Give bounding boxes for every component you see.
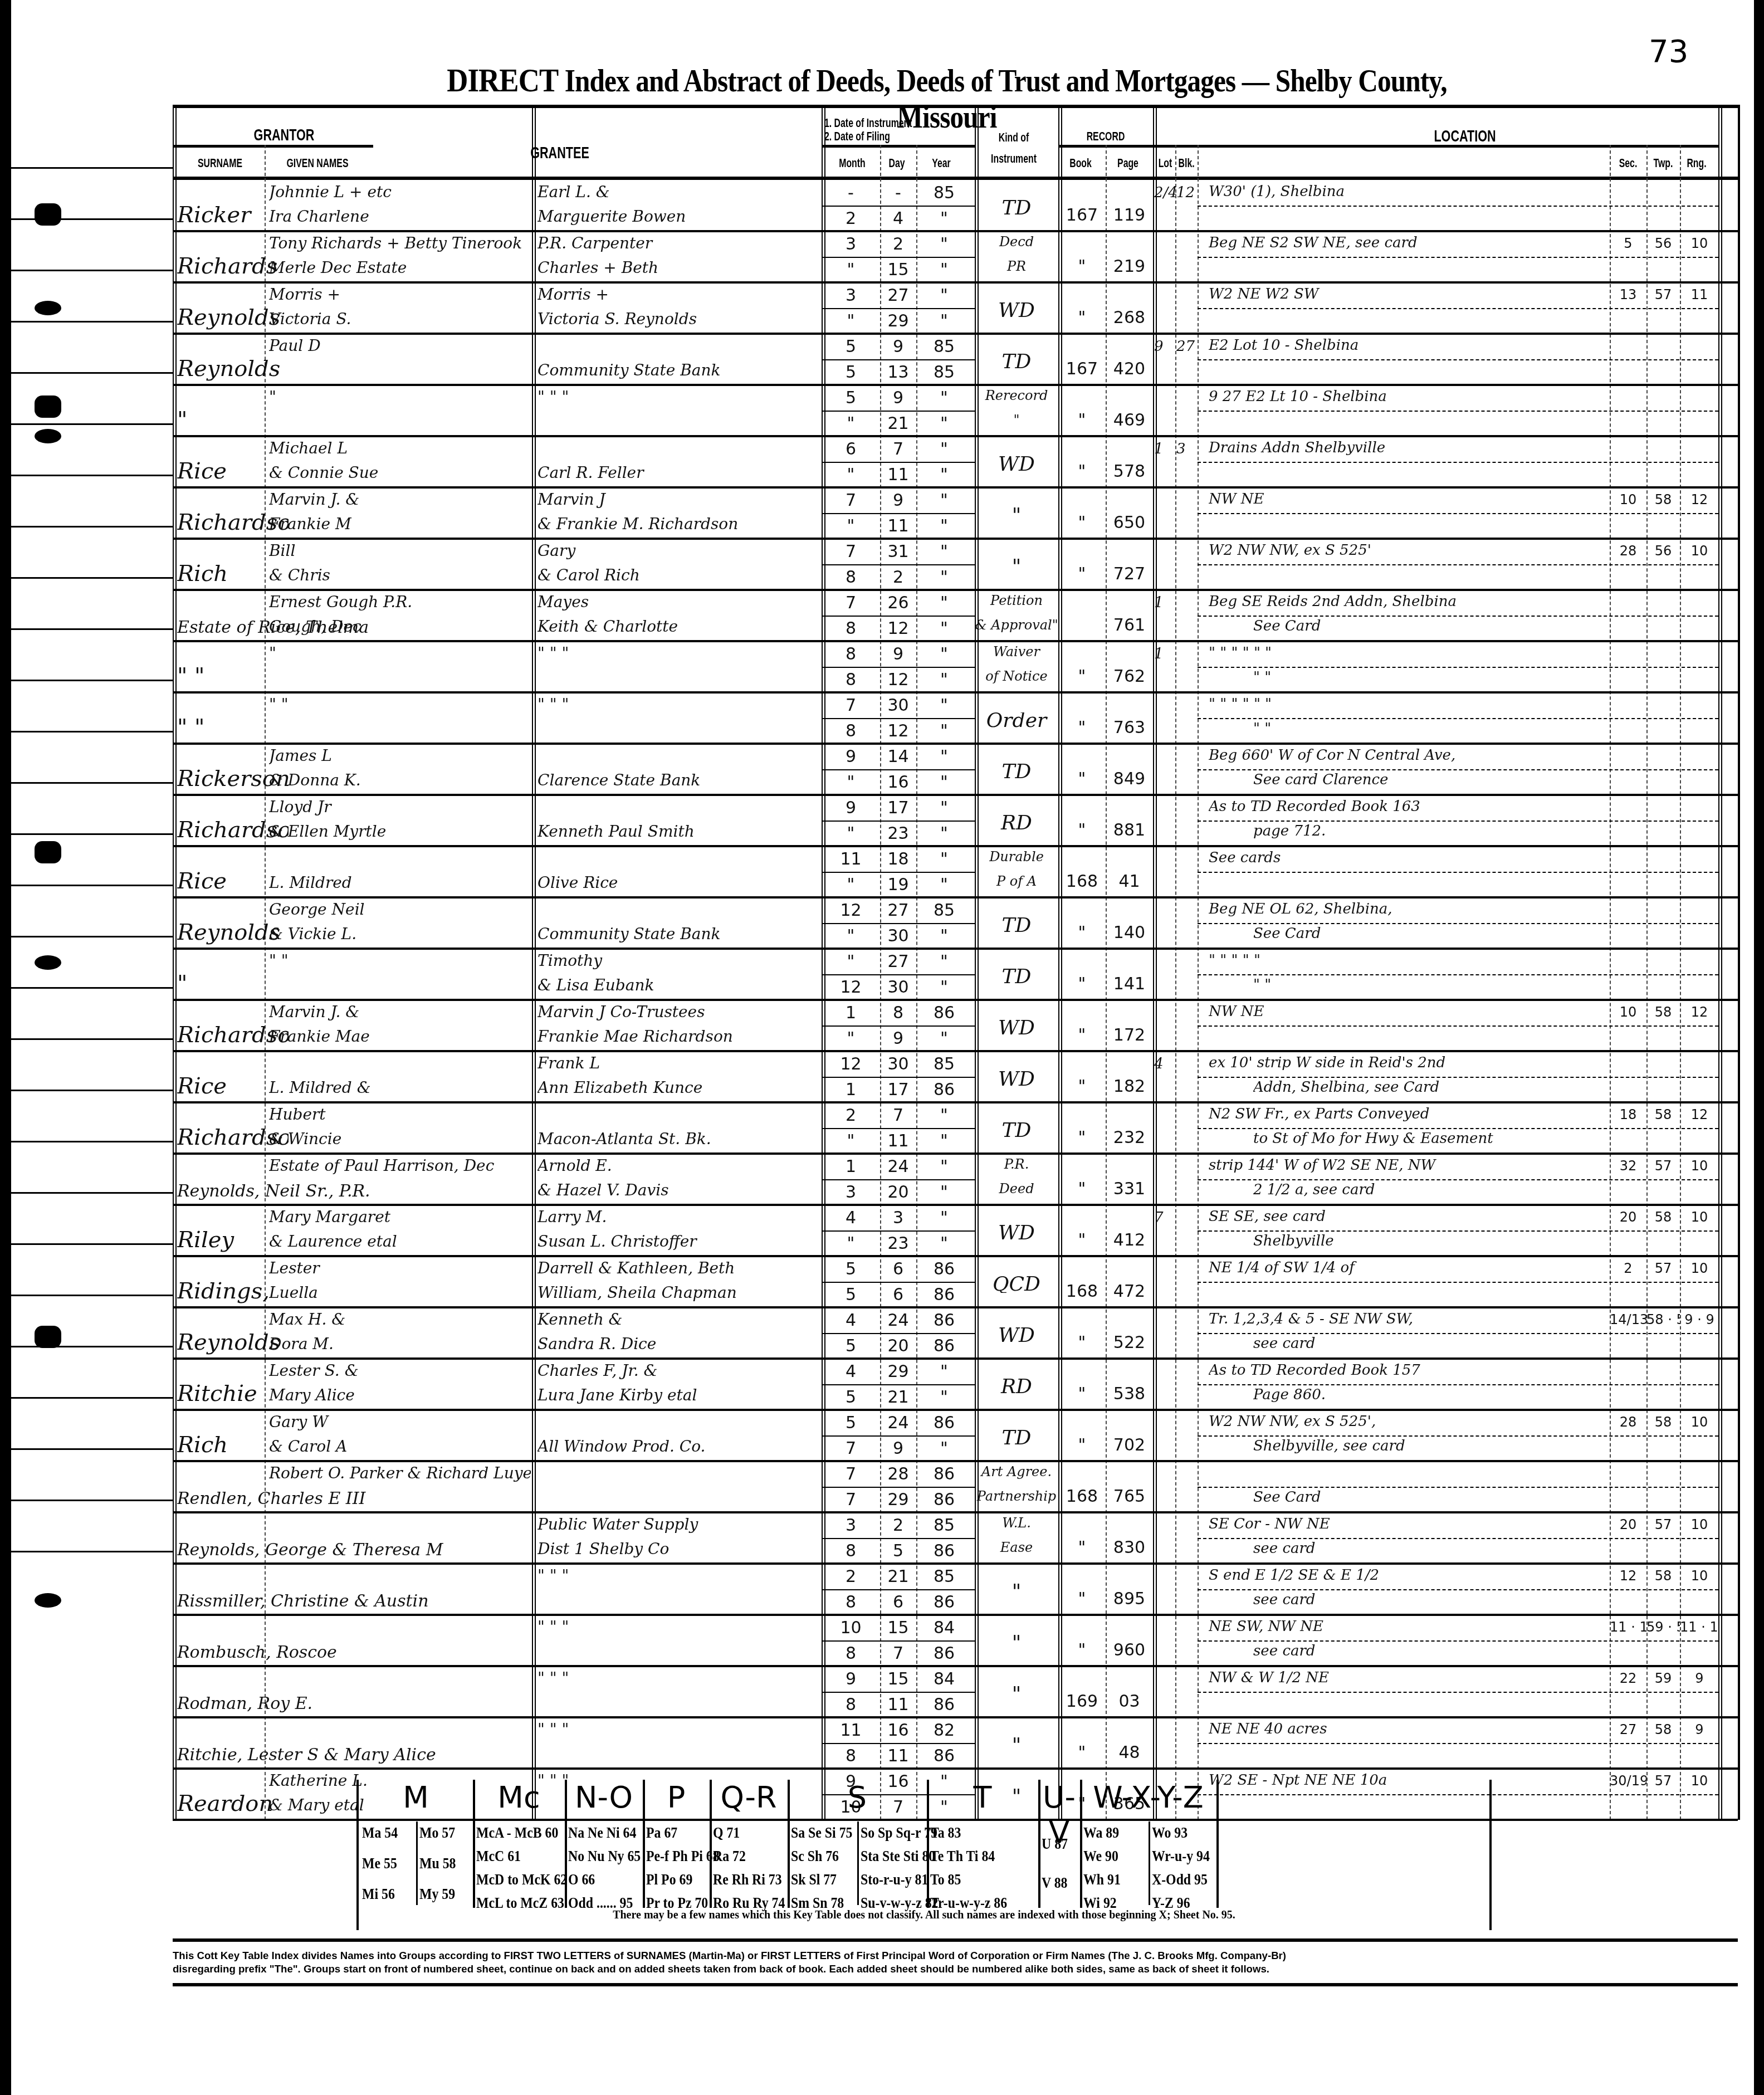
table-row: Rendlen, Charles E IIIRobert O. Parker &… xyxy=(173,1461,1738,1512)
margin-line xyxy=(11,1038,173,1040)
instrument-year: " xyxy=(916,849,972,869)
instrument-day: 31 xyxy=(880,542,916,561)
record-book: " xyxy=(1058,308,1106,328)
record-book: " xyxy=(1058,513,1106,533)
record-page: 522 xyxy=(1106,1333,1153,1352)
record-page: 763 xyxy=(1106,718,1153,738)
grantee-line2: & Frankie M. Richardson xyxy=(537,515,816,533)
grantor-surname: Ritchie, Lester S & Mary Alice xyxy=(177,1745,534,1765)
table-row: """ " "59""21"Rerecord""4699 27 E2 Lt 10… xyxy=(173,385,1738,436)
key-entry: Ta 83 xyxy=(930,1824,1021,1842)
instrument-day: 15 xyxy=(880,1669,916,1689)
filing-year: 85 xyxy=(916,363,972,382)
margin-line xyxy=(11,628,173,630)
grantee-line1: Marvin J xyxy=(537,491,816,509)
filing-month: " xyxy=(822,875,880,895)
key-entry: We 90 xyxy=(1083,1848,1137,1866)
record-book: " xyxy=(1058,411,1106,430)
location-township: 58 xyxy=(1646,492,1680,507)
instrument-day: 16 xyxy=(880,1721,916,1740)
instrument-day: 17 xyxy=(880,798,916,818)
filing-year: " xyxy=(916,1439,972,1458)
record-book: " xyxy=(1058,1128,1106,1147)
date-split-rule xyxy=(822,513,975,514)
footer-line-1: This Cott Key Table Index divides Names … xyxy=(173,1950,1570,1963)
instrument-kind: WD xyxy=(975,302,1058,319)
grantee-line2: Clarence State Bank xyxy=(537,771,816,789)
date-split-rule xyxy=(822,308,975,309)
location-blk: 3 xyxy=(1176,441,1199,457)
header-kind-of: Kind of xyxy=(986,130,1042,145)
instrument-month: 4 xyxy=(822,1311,880,1330)
location-description-line2: see card xyxy=(1253,1540,1610,1557)
grantor-given-line2: Gough, Dec xyxy=(269,618,531,636)
filing-day: 17 xyxy=(880,1080,916,1100)
grantor-given-line2: & Donna K. xyxy=(269,771,531,789)
instrument-day: 8 xyxy=(880,1003,916,1023)
location-description-line2: Page 860. xyxy=(1253,1386,1610,1403)
location-township: 58 xyxy=(1646,1568,1680,1584)
record-page: 219 xyxy=(1106,257,1153,276)
filing-day: 4 xyxy=(880,209,916,228)
instrument-month: 11 xyxy=(822,1721,880,1740)
grantor-given-line2: L. Mildred & xyxy=(269,1079,531,1097)
instrument-year: 86 xyxy=(916,1259,972,1279)
key-entry: Sk Sl 77 xyxy=(791,1871,846,1889)
filing-day: 21 xyxy=(880,414,916,433)
filing-year: " xyxy=(916,721,972,741)
grantor-surname: Rodman, Roy E. xyxy=(177,1694,534,1713)
instrument-month: 1 xyxy=(822,1003,880,1023)
location-split-rule xyxy=(1198,1077,1718,1078)
record-page: 849 xyxy=(1106,769,1153,789)
location-description-line2: 2 1/2 a, see card xyxy=(1253,1181,1610,1198)
grantee-line1: " " " xyxy=(537,1669,816,1687)
location-description-line2: to St of Mo for Hwy & Easement xyxy=(1253,1130,1610,1147)
instrument-day: 7 xyxy=(880,439,916,459)
location-township: 58 xyxy=(1646,1414,1680,1430)
grantee-line2: Community State Bank xyxy=(537,925,816,943)
filing-year: 86 xyxy=(916,1695,972,1715)
location-section: 12 xyxy=(1610,1568,1646,1584)
date-split-rule xyxy=(822,1538,975,1539)
key-group: MMa 54Me 55Mi 56Mo 57Mu 58My 59 xyxy=(359,1780,475,1908)
grantor-given-line1: Mary Margaret xyxy=(269,1208,531,1226)
location-description-line2: " " xyxy=(1253,669,1610,686)
instrument-month: 7 xyxy=(822,542,880,561)
grantee-line2: Community State Bank xyxy=(537,362,816,379)
key-entry: Me 55 xyxy=(362,1855,407,1873)
record-book: " xyxy=(1058,564,1106,584)
key-entry: Sc Sh 76 xyxy=(791,1848,846,1866)
instrument-kind: WD xyxy=(975,1020,1058,1037)
instrument-kind-line2: P of A xyxy=(975,873,1058,890)
table-row: RichBill& ChrisGary& Carol Rich731"82"""… xyxy=(173,539,1738,590)
filing-day: 20 xyxy=(880,1336,916,1356)
filing-month: 7 xyxy=(822,1490,880,1510)
filing-day: 11 xyxy=(880,1746,916,1766)
record-book: " xyxy=(1058,821,1106,840)
key-entry: Pe-f Ph Pi 68 xyxy=(646,1848,699,1866)
location-description-line1: NW & W 1/2 NE xyxy=(1209,1669,1610,1686)
filing-year: 86 xyxy=(916,1746,972,1766)
instrument-kind: " xyxy=(975,559,1058,575)
key-group-heading: Mc xyxy=(473,1780,565,1815)
filing-day: 11 xyxy=(880,465,916,485)
punch-hole xyxy=(35,395,61,418)
grantee-line1: " " " xyxy=(537,696,816,714)
filing-month: 8 xyxy=(822,1644,880,1663)
filing-day: 6 xyxy=(880,1593,916,1612)
header-date-filing: 2. Date of Filing xyxy=(824,129,925,144)
margin-line xyxy=(11,423,173,425)
location-range: 11 · 11 xyxy=(1680,1619,1719,1635)
location-description-line1: 9 27 E2 Lt 10 - Shelbina xyxy=(1209,388,1610,405)
instrument-month: 1 xyxy=(822,1157,880,1176)
grantor-surname: " xyxy=(177,971,289,997)
instrument-kind: RD xyxy=(975,1379,1058,1395)
location-description-line1: E2 Lot 10 - Shelbina xyxy=(1209,337,1610,354)
grantor-given-line1: Robert O. Parker & Richard Luyens xyxy=(269,1464,531,1482)
filing-year: " xyxy=(916,773,972,792)
margin-line xyxy=(11,1192,173,1194)
location-township: 58 xyxy=(1646,1107,1680,1122)
location-section: 2 xyxy=(1610,1261,1646,1276)
location-range: 10 xyxy=(1680,1209,1719,1225)
instrument-kind: WD xyxy=(975,1225,1058,1242)
date-split-rule xyxy=(822,257,975,258)
date-split-rule xyxy=(822,359,975,360)
page-title: DIRECT Index and Abstract of Deeds, Deed… xyxy=(408,61,1486,135)
location-description-line1: Beg SE Reids 2nd Addn, Shelbina xyxy=(1209,593,1610,610)
instrument-kind: " xyxy=(975,507,1058,524)
grantee-line2: Lura Jane Kirby etal xyxy=(537,1386,816,1404)
grantor-given-line2: Luella xyxy=(269,1284,531,1302)
key-entry: My 59 xyxy=(419,1886,464,1903)
date-split-rule xyxy=(822,718,975,719)
instrument-month: 10 xyxy=(822,1618,880,1638)
punch-hole xyxy=(35,1326,61,1348)
date-split-rule xyxy=(822,1640,975,1642)
record-book: 169 xyxy=(1058,1692,1106,1711)
filing-month: 8 xyxy=(822,721,880,741)
filing-month: 7 xyxy=(822,1439,880,1458)
filing-day: 5 xyxy=(880,1541,916,1561)
location-split-rule xyxy=(1198,1743,1718,1744)
margin-line xyxy=(11,680,173,681)
date-split-rule xyxy=(822,564,975,565)
table-row: ReynoldsPaul DCommunity State Bank598551… xyxy=(173,334,1738,385)
location-lot: 2/4 xyxy=(1154,184,1176,201)
key-entry: Ra 72 xyxy=(713,1848,775,1866)
filing-month: " xyxy=(822,311,880,331)
column-rule xyxy=(1738,105,1740,1820)
instrument-year: " xyxy=(916,439,972,459)
filing-year: " xyxy=(916,414,972,433)
grantor-given-line1: Gary W xyxy=(269,1413,531,1431)
filing-day: 2 xyxy=(880,568,916,587)
location-description-line1: W2 NW NW, ex S 525', xyxy=(1209,1413,1610,1430)
instrument-month: 5 xyxy=(822,1413,880,1433)
instrument-day: 21 xyxy=(880,1567,916,1586)
location-township: 57 xyxy=(1646,1517,1680,1532)
location-lot: 1 xyxy=(1154,594,1176,611)
grantor-given-line2: & Wincie xyxy=(269,1130,531,1148)
grantor-given-line1: James L xyxy=(269,747,531,765)
page-number: 73 xyxy=(1649,33,1688,70)
record-page: 03 xyxy=(1106,1692,1153,1711)
key-table-note: There may be a few names which this Key … xyxy=(359,1909,1489,1922)
filing-year: " xyxy=(916,209,972,228)
filing-month: 8 xyxy=(822,1746,880,1766)
instrument-kind: WD xyxy=(975,1327,1058,1344)
location-description-line1: W2 NE W2 SW xyxy=(1209,286,1610,302)
filing-month: 8 xyxy=(822,1541,880,1561)
grantor-given-line1: Lloyd Jr xyxy=(269,798,531,816)
location-township: 59 xyxy=(1646,1671,1680,1686)
table-row: ReynoldsMorris +Victoria S.Morris +Victo… xyxy=(173,282,1738,334)
header-blk: Blk. xyxy=(1179,156,1195,170)
filing-year: 86 xyxy=(916,1644,972,1663)
filing-year: " xyxy=(916,824,972,843)
record-page: 232 xyxy=(1106,1128,1153,1147)
margin-line xyxy=(11,1141,173,1142)
record-book: " xyxy=(1058,1230,1106,1250)
header-book: Book xyxy=(1064,156,1097,170)
grantee-line1: Morris + xyxy=(537,286,816,304)
date-split-rule xyxy=(822,411,975,412)
location-range: 10 xyxy=(1680,236,1719,251)
date-split-rule xyxy=(822,462,975,463)
record-book: " xyxy=(1058,1384,1106,1404)
instrument-month: 2 xyxy=(822,1106,880,1125)
title-lead: DIRECT xyxy=(447,62,558,99)
instrument-kind: " xyxy=(975,1686,1058,1703)
header-day: Day xyxy=(885,156,908,170)
location-description-line2: " " xyxy=(1253,976,1610,993)
header-month: Month xyxy=(832,156,872,170)
filing-day: 13 xyxy=(880,363,916,382)
table-row: RiceMichael L& Connie SueCarl R. Feller6… xyxy=(173,436,1738,487)
grantee-line2: All Window Prod. Co. xyxy=(537,1438,816,1456)
record-page: 140 xyxy=(1106,923,1153,942)
instrument-day: 3 xyxy=(880,1208,916,1228)
date-split-rule xyxy=(822,1230,975,1232)
filing-month: 2 xyxy=(822,209,880,228)
margin-line xyxy=(11,1448,173,1450)
location-split-rule xyxy=(1198,1333,1718,1334)
location-split-rule xyxy=(1198,462,1718,463)
punch-hole xyxy=(35,203,61,226)
date-split-rule xyxy=(822,1589,975,1590)
grantee-line2: Keith & Charlotte xyxy=(537,618,816,636)
record-page: 762 xyxy=(1106,667,1153,686)
table-row: ReynoldsGeorge Neil& Vickie L.Community … xyxy=(173,897,1738,949)
location-split-rule xyxy=(1198,1487,1718,1488)
key-group: McMcA - McB 60McC 61McD to McK 62McL to … xyxy=(473,1780,567,1908)
filing-year: " xyxy=(916,1131,972,1151)
record-page: 761 xyxy=(1106,616,1153,635)
instrument-year: " xyxy=(916,593,972,613)
filing-month: " xyxy=(822,926,880,946)
key-group-heading: W-X-Y-Z xyxy=(1080,1780,1216,1815)
filing-month: " xyxy=(822,824,880,843)
grantee-line2: Dist 1 Shelby Co xyxy=(537,1540,816,1558)
grantor-given-line1: Morris + xyxy=(269,286,531,304)
margin-line xyxy=(11,1346,173,1347)
location-township: 58 xyxy=(1646,1722,1680,1737)
filing-day: 11 xyxy=(880,1131,916,1151)
location-description-line1: S end E 1/2 SE & E 1/2 xyxy=(1209,1567,1610,1584)
location-description-line1: W30' (1), Shelbina xyxy=(1209,183,1610,200)
record-page: 650 xyxy=(1106,513,1153,533)
location-description-line1: Drains Addn Shelbyville xyxy=(1209,439,1610,456)
location-section: 27 xyxy=(1610,1722,1646,1737)
margin-line xyxy=(11,782,173,784)
date-split-rule xyxy=(822,1077,975,1078)
record-page: 420 xyxy=(1106,359,1153,379)
location-split-rule xyxy=(1198,821,1718,822)
record-page: 141 xyxy=(1106,974,1153,994)
location-split-rule xyxy=(1198,206,1718,207)
margin-line xyxy=(11,885,173,886)
record-page: 469 xyxy=(1106,411,1153,430)
grantor-given-line2: Mary Alice xyxy=(269,1386,531,1404)
header-date-instrument: 1. Date of Instrument xyxy=(824,116,925,130)
instrument-kind-line1: Art Agree. xyxy=(975,1463,1058,1480)
location-section: 10 xyxy=(1610,1004,1646,1020)
instrument-year: 86 xyxy=(916,1003,972,1023)
grantee-line1: Timothy xyxy=(537,952,816,970)
location-township: 57 xyxy=(1646,1261,1680,1276)
instrument-year: 86 xyxy=(916,1311,972,1330)
location-description-line1: " " " " " " xyxy=(1209,644,1610,661)
record-page: 268 xyxy=(1106,308,1153,328)
location-lot: 7 xyxy=(1154,1209,1176,1226)
filing-year: " xyxy=(916,875,972,895)
location-split-rule xyxy=(1198,1025,1718,1027)
grantee-line2: Marguerite Bowen xyxy=(537,208,816,226)
instrument-day: 30 xyxy=(880,1054,916,1074)
grantee-line1: " " " xyxy=(537,1721,816,1738)
grantor-given-line2: Frankie Mae xyxy=(269,1028,531,1046)
instrument-year: 85 xyxy=(916,183,972,203)
instrument-month: 7 xyxy=(822,593,880,613)
location-blk: 27 xyxy=(1176,338,1199,355)
filing-year: " xyxy=(916,260,972,280)
location-lot: 9 xyxy=(1154,338,1176,355)
header-lot: Lot xyxy=(1157,156,1174,170)
location-description-line1: Beg 660' W of Cor N Central Ave, xyxy=(1209,747,1610,764)
margin-line xyxy=(11,731,173,732)
margin-line xyxy=(11,526,173,528)
location-split-rule xyxy=(1198,411,1718,412)
instrument-year: 85 xyxy=(916,1054,972,1074)
margin-line xyxy=(11,833,173,835)
location-section: 28 xyxy=(1610,1414,1646,1430)
location-township: 59 · 59 xyxy=(1646,1619,1680,1635)
instrument-day: 27 xyxy=(880,952,916,971)
location-description-line2: See Card xyxy=(1253,1489,1610,1506)
key-group: Q-RQ 71Ra 72Re Rh Ri 73Ro Ru Ry 74 xyxy=(710,1780,790,1908)
key-entry: Wr-u-y 94 xyxy=(1152,1848,1206,1866)
instrument-day: 7 xyxy=(880,1106,916,1125)
instrument-kind: QCD xyxy=(975,1276,1058,1293)
instrument-kind-line2: Deed xyxy=(975,1180,1058,1197)
location-section: 32 xyxy=(1610,1158,1646,1174)
instrument-month: 3 xyxy=(822,286,880,305)
record-page: 881 xyxy=(1106,821,1153,840)
grantor-surname: " " xyxy=(177,663,289,689)
instrument-kind: TD xyxy=(975,200,1058,217)
record-book: 168 xyxy=(1058,872,1106,891)
location-split-rule xyxy=(1198,1384,1718,1385)
table-row: RileyMary Margaret& Laurence etalLarry M… xyxy=(173,1205,1738,1256)
location-split-rule xyxy=(1198,1589,1718,1590)
location-description-line1: As to TD Recorded Book 157 xyxy=(1209,1362,1610,1379)
header-grantor-rule xyxy=(173,145,373,148)
location-description-line1: NW NE xyxy=(1209,491,1610,507)
filing-month: " xyxy=(822,1234,880,1253)
table-row: RichardsTony Richards + Betty TinerookMe… xyxy=(173,231,1738,282)
filing-day: 23 xyxy=(880,824,916,843)
location-split-rule xyxy=(1198,923,1718,924)
location-township: 58 xyxy=(1646,1004,1680,1020)
margin-line xyxy=(11,1295,173,1296)
location-township: 57 xyxy=(1646,287,1680,302)
location-blk: 12 xyxy=(1176,184,1199,201)
location-split-rule xyxy=(1198,1435,1718,1437)
instrument-year: " xyxy=(916,644,972,664)
instrument-kind-line1: Decd xyxy=(975,233,1058,250)
location-township: 56 xyxy=(1646,236,1680,251)
header-year: Year xyxy=(923,156,960,170)
key-entry: Re Rh Ri 73 xyxy=(713,1871,775,1889)
instrument-year: " xyxy=(916,696,972,715)
location-township: 56 xyxy=(1646,543,1680,559)
instrument-month: 7 xyxy=(822,1464,880,1484)
table-row: RichardsonHubert& WincieMacon-Atlanta St… xyxy=(173,1102,1738,1154)
table-row: RiceL. MildredOlive Rice1118""19"Durable… xyxy=(173,846,1738,897)
table-row: RickerJohnnie L + etcIra CharleneEarl L.… xyxy=(173,180,1738,231)
footer-rule-top xyxy=(173,1938,1738,1942)
filing-day: 30 xyxy=(880,926,916,946)
filing-month: 5 xyxy=(822,363,880,382)
margin-line xyxy=(11,321,173,323)
instrument-year: 84 xyxy=(916,1618,972,1638)
instrument-day: 29 xyxy=(880,1362,916,1381)
grantor-surname: Rendlen, Charles E III xyxy=(177,1489,534,1508)
location-description-line2: See Card xyxy=(1253,925,1610,942)
location-split-rule xyxy=(1198,513,1718,514)
filing-day: 20 xyxy=(880,1183,916,1202)
header-given-names: GIVEN NAMES xyxy=(277,156,358,170)
instrument-month: 6 xyxy=(822,439,880,459)
location-description-line1: ex 10' strip W side in Reid's 2nd xyxy=(1209,1054,1610,1071)
key-entry: Pa 67 xyxy=(646,1824,699,1842)
instrument-kind-line2: & Approval" xyxy=(975,617,1058,633)
margin-line xyxy=(11,1243,173,1245)
margin-line xyxy=(11,577,173,579)
grantee-line1: Larry M. xyxy=(537,1208,816,1226)
date-split-rule xyxy=(822,1179,975,1180)
location-split-rule xyxy=(1198,974,1718,975)
location-description-line2: see card xyxy=(1253,1335,1610,1352)
table-row: RichardsonMarvin J. &Frankie MMarvin J& … xyxy=(173,487,1738,539)
location-description-line1: Tr. 1,2,3,4 & 5 - SE NW SW, xyxy=(1209,1311,1610,1327)
instrument-day: 28 xyxy=(880,1464,916,1484)
location-split-rule xyxy=(1198,1128,1718,1129)
